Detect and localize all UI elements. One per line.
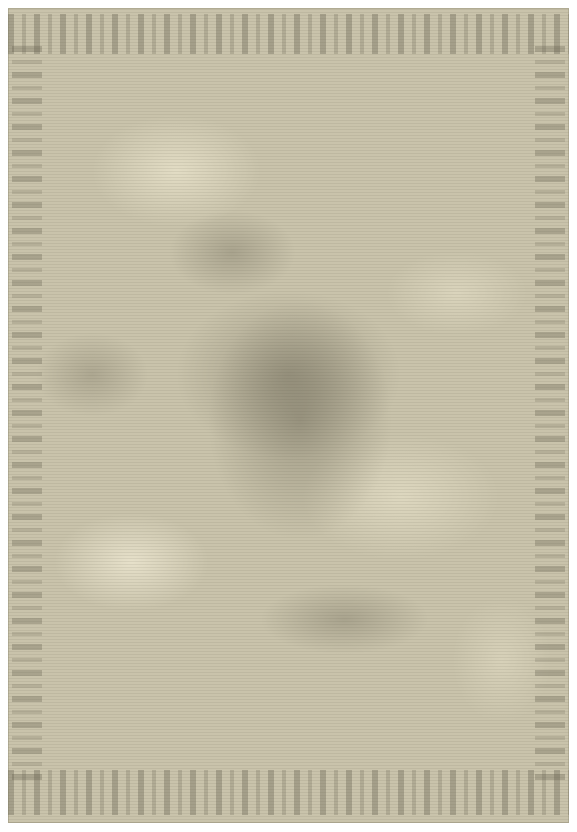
rug (8, 8, 569, 823)
